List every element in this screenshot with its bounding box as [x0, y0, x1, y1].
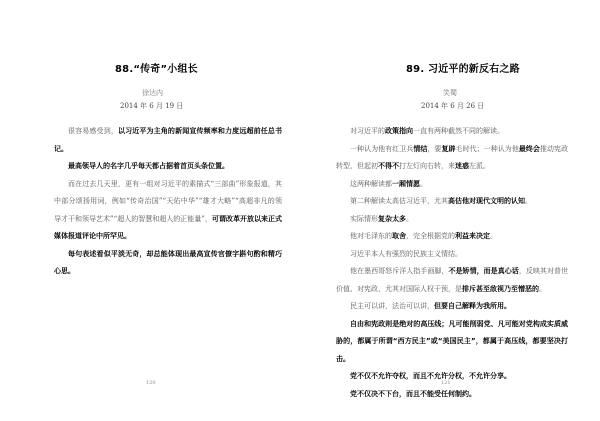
text-run: 习近平本人有强烈的民族主义情结。 [350, 250, 462, 258]
right-page: 89. 习近平的新反右之路 笑蜀 2014 年 6 月 26 日 对习近平的政策… [300, 0, 600, 421]
article-author: 徐达内 [142, 88, 163, 98]
article-body: 对习近平的政策指向一直有两种截然不同的解读。一种认为他有红卫兵情结，要复辟毛时代… [336, 123, 568, 403]
text-run: 。 [406, 215, 413, 223]
text-run: 民主可以讲，法治可以讲， [350, 302, 434, 310]
paragraph: 而在过去几天里，更有一组对习近平的素描式“三部曲”形象报道，其中部分颂扬用词，例… [54, 176, 282, 246]
article-title: 89. 习近平的新反右之路 [406, 60, 520, 75]
bold-text: 最高领导人的名字几乎每天都占据着首页头条位置。 [68, 162, 229, 170]
paragraph: 这两种解读都一厢情愿。 [336, 176, 568, 194]
paragraph: 最高领导人的名字几乎每天都占据着首页头条位置。 [54, 158, 282, 176]
article-author: 笑蜀 [443, 88, 457, 98]
bold-text: 但要自己解释为我所用。 [434, 302, 511, 310]
bold-text: 党不仅不允许夺权，而且不允许分权，不允许分享。 [350, 372, 511, 380]
text-run: 第二种解读太高估习近平，尤其 [350, 197, 448, 205]
bold-text: 不是矫情，而是真心话 [448, 267, 518, 275]
bold-text: 最终会 [519, 145, 540, 153]
bold-text: 迷惑 [455, 162, 469, 170]
article-title: 88.“传奇”小组长 [115, 60, 198, 75]
bold-text: 政策指向 [385, 127, 413, 135]
text-run: 他对毛泽东的 [350, 232, 392, 240]
article-date: 2014 年 6 月 19 日 [120, 101, 183, 111]
paragraph: 自由和宪政则是绝对的高压线；凡可能削弱党、凡可能对党构成实质威胁的，都属于所谓“… [336, 316, 568, 369]
article-body: 很容易感受到，以习近平为主角的新闻宣传频率和力度远超前任总书记。最高领导人的名字… [54, 123, 282, 281]
text-run: 。 [490, 232, 497, 240]
paragraph: 实际情形复杂太多。 [336, 211, 568, 229]
bold-text: 每句表述看似平淡无奇，却总能体现出最高宣传官僚字斟句酌和精巧心思。 [54, 250, 282, 276]
paragraph: 他在墨西哥怒斥洋人指手画脚，不是矫情，而是真心话，反映其对普世价值、对宪政、尤其… [336, 263, 568, 298]
paragraph: 第二种解读太高估习近平，尤其高估他对现代文明的认知。 [336, 193, 568, 211]
paragraph: 很容易感受到，以习近平为主角的新闻宣传频率和力度远超前任总书记。 [54, 123, 282, 158]
paragraph: 他对毛泽东的取舍，完全根据党的利益来决定。 [336, 228, 568, 246]
text-run: 打左灯向右转，来 [399, 162, 455, 170]
bold-text: 高估他对现代文明的认知 [448, 197, 525, 205]
bold-text: 复辟 [441, 145, 455, 153]
paragraph: 对习近平的政策指向一直有两种截然不同的解读。 [336, 123, 568, 141]
paragraph: 一种认为他有红卫兵情结，要复辟毛时代；一种认为他最终会推动宪政转型，但起初不得不… [336, 141, 568, 176]
page-number: 121 [441, 380, 451, 386]
paragraph: 党不仅决不下台，而且不能受任何制约。 [336, 386, 568, 404]
text-run: 实际情形 [350, 215, 378, 223]
bold-text: 排斥甚至敌视乃至憎恶的 [462, 285, 539, 293]
text-run: 。 [539, 285, 546, 293]
paragraph: 每句表述看似平淡无奇，却总能体现出最高宣传官僚字斟句酌和精巧心思。 [54, 246, 282, 281]
article-date: 2014 年 6 月 26 日 [421, 101, 484, 111]
text-run: ，要 [427, 145, 441, 153]
text-run: 。 [420, 180, 427, 188]
left-page: 88.“传奇”小组长 徐达内 2014 年 6 月 19 日 很容易感受到，以习… [0, 0, 300, 421]
text-run: 左派。 [469, 162, 490, 170]
bold-text: 自由和宪政则是绝对的高压线；凡可能削弱党、凡可能对党构成实质威胁的，都属于所谓“… [336, 320, 568, 363]
bold-text: 情结 [413, 145, 427, 153]
bold-text: 一厢情愿 [392, 180, 420, 188]
text-run: 他在墨西哥怒斥洋人指手画脚， [350, 267, 448, 275]
paragraph: 民主可以讲，法治可以讲，但要自己解释为我所用。 [336, 298, 568, 316]
bold-text: 取舍 [392, 232, 406, 240]
text-run: 这两种解读都 [350, 180, 392, 188]
bold-text: 不得不 [378, 162, 399, 170]
text-run: 对习近平的 [350, 127, 385, 135]
bold-text: 复杂太多 [378, 215, 406, 223]
paragraph: 习近平本人有强烈的民族主义情结。 [336, 246, 568, 264]
text-run: ，完全根据党的 [406, 232, 455, 240]
bold-text: 利益来决定 [455, 232, 490, 240]
text-run: 一种认为他有红卫兵 [350, 145, 413, 153]
text-run: 。 [525, 197, 532, 205]
bold-text: 党不仅决不下台，而且不能受任何制约。 [350, 390, 476, 398]
paragraph: 党不仅不允许夺权，而且不允许分权，不允许分享。 [336, 368, 568, 386]
text-run: 一直有两种截然不同的解读。 [413, 127, 504, 135]
text-run: 毛时代；一种认为他 [456, 145, 519, 153]
text-run: 很容易感受到， [68, 127, 118, 135]
page-number: 120 [146, 380, 156, 386]
